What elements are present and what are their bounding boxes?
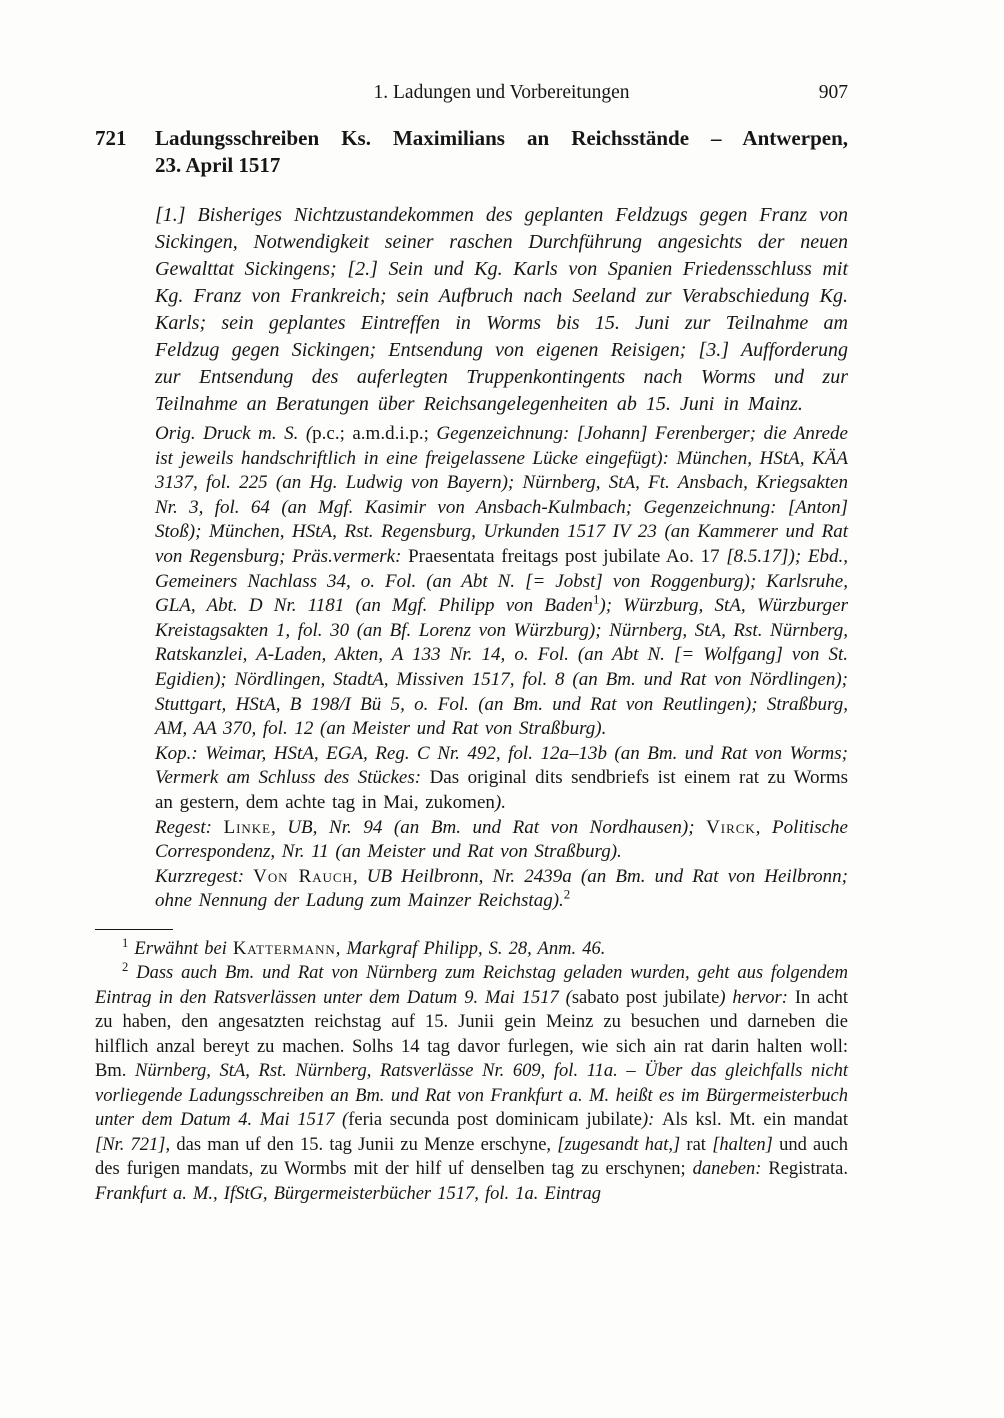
text-run: Regest: bbox=[155, 817, 224, 838]
book-page: 1. Ladungen und Vorbereitungen 907 721 L… bbox=[0, 0, 1004, 1418]
page-number: 907 bbox=[819, 82, 848, 104]
text-run: [zugesandt hat,] bbox=[557, 1135, 680, 1155]
section-title: 1. Ladungen und Vorbereitungen bbox=[374, 82, 630, 103]
footnote-reference: 2 bbox=[564, 887, 570, 902]
footnote-marker-1: 1 bbox=[122, 936, 128, 950]
footnote-1: 1 Erwähnt bei Kattermann, Markgraf Phili… bbox=[95, 937, 848, 962]
text-run: rat bbox=[680, 1135, 712, 1155]
source-paragraph-regest: Regest: Linke, UB, Nr. 94 (an Bm. und Ra… bbox=[155, 816, 848, 865]
text-run: Virck bbox=[706, 817, 756, 838]
text-run: Linke bbox=[224, 817, 271, 838]
text-run: ): bbox=[642, 1110, 662, 1130]
entry-summary: [1.] Bisheriges Nichtzustandekommen des … bbox=[155, 202, 848, 418]
footnote-2: 2 Dass auch Bm. und Rat von Nürnberg zum… bbox=[95, 961, 848, 1206]
source-paragraph-kop: Kop.: Weimar, HStA, EGA, Reg. C Nr. 492,… bbox=[155, 742, 848, 816]
text-run: , das man uf den 15. tag Junii zu Menze … bbox=[166, 1135, 558, 1155]
footnote-2-text: Dass auch Bm. und Rat von Nürnberg zum R… bbox=[95, 963, 848, 1204]
text-run: feria secunda post dominicam jubilate bbox=[348, 1110, 642, 1130]
text-run: daneben: bbox=[693, 1159, 769, 1179]
entry-number: 721 bbox=[95, 125, 127, 152]
text-run: ). bbox=[495, 792, 506, 813]
text-run: Kattermann bbox=[233, 939, 336, 959]
text-run: Registrata. bbox=[768, 1159, 848, 1179]
text-run: Kurzregest: bbox=[155, 866, 253, 887]
text-run: Orig. Druck m. S. ( bbox=[155, 423, 312, 444]
text-run: , UB, Nr. 94 (an Bm. und Rat von Nordhau… bbox=[271, 817, 706, 838]
text-run: Praesentata freitags post jubilate Ao. 1… bbox=[408, 546, 726, 567]
text-run: ) hervor: bbox=[719, 988, 795, 1008]
entry-heading: 721 Ladungsschreiben Ks. Maximilians an … bbox=[155, 125, 848, 179]
source-paragraph-orig: Orig. Druck m. S. (p.c.; a.m.d.i.p.; Geg… bbox=[155, 422, 848, 742]
text-run: , Markgraf Philipp, S. 28, Anm. 46. bbox=[336, 939, 606, 959]
text-run: p.c.; a.m.d.i.p.; bbox=[312, 423, 436, 444]
entry-title-line-1: Ladungsschreiben Ks. Maximilians an Reic… bbox=[155, 125, 848, 152]
text-run: sabato post jubilate bbox=[572, 988, 719, 1008]
text-run: Als ksl. Mt. ein mandat bbox=[662, 1110, 848, 1130]
text-run: Erwähnt bei bbox=[134, 939, 233, 959]
source-paragraph-kurzregest: Kurzregest: Von Rauch, UB Heilbronn, Nr.… bbox=[155, 865, 848, 914]
running-header: 1. Ladungen und Vorbereitungen 907 bbox=[155, 82, 848, 104]
text-run: Von Rauch bbox=[253, 866, 353, 887]
text-run: Frankfurt a. M., IfStG, Bürgermeisterbüc… bbox=[95, 1184, 601, 1204]
footnote-separator-rule bbox=[95, 929, 173, 930]
entry-title-line-2: 23. April 1517 bbox=[155, 152, 848, 179]
source-block: Orig. Druck m. S. (p.c.; a.m.d.i.p.; Geg… bbox=[155, 422, 848, 914]
entry-title: Ladungsschreiben Ks. Maximilians an Reic… bbox=[155, 125, 848, 179]
text-run: [Nr. 721] bbox=[95, 1135, 166, 1155]
footnote-marker-2: 2 bbox=[122, 960, 128, 974]
text-run: ); Würzburg, StA, Würzburger Kreistagsak… bbox=[155, 595, 848, 739]
footnote-1-text: Erwähnt bei Kattermann, Markgraf Philipp… bbox=[134, 939, 605, 959]
text-run: [halten] bbox=[712, 1135, 773, 1155]
footnote-block: 1 Erwähnt bei Kattermann, Markgraf Phili… bbox=[95, 937, 848, 1207]
